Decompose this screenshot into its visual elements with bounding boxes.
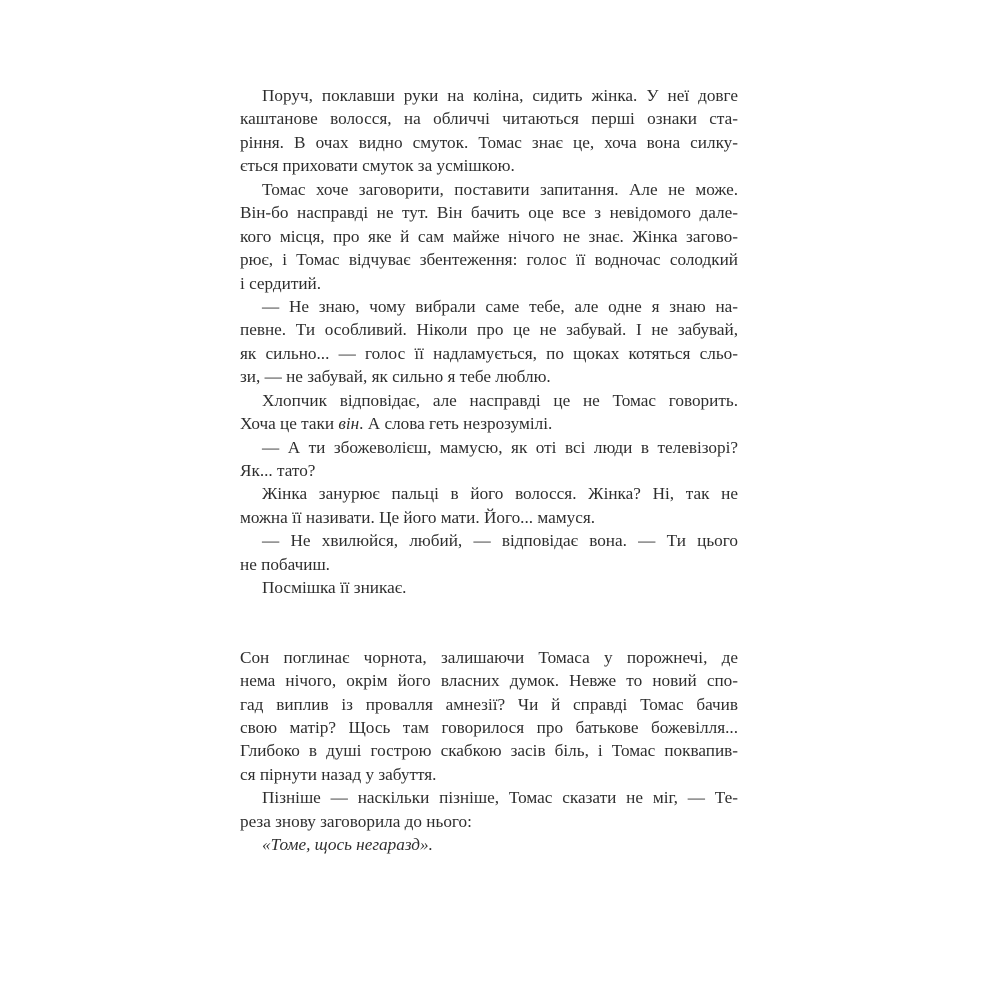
paragraph: Жінка занурює пальці в його волосся. Жін… xyxy=(240,482,738,599)
text-line: каштанове волосся, на обличчі читаються … xyxy=(240,107,738,130)
text-line: «Томе, щось негаразд». xyxy=(240,833,738,856)
text-line: і сердитий. xyxy=(240,272,738,295)
text-line: Сон поглинає чорнота, залишаючи Томаса у… xyxy=(240,646,738,669)
text-line: Посмішка її зникає. xyxy=(240,576,738,599)
text-line: ється приховати смуток за усмішкою. xyxy=(240,154,738,177)
text-line: не побачиш. xyxy=(240,553,738,576)
paragraph: Томас хоче заговорити, поставити запитан… xyxy=(240,178,738,295)
text-line: гад виплив із провалля амнезії? Чи й спр… xyxy=(240,693,738,716)
text-line: Поруч, поклавши руки на коліна, сидить ж… xyxy=(240,84,738,107)
text-line: ся пірнути назад у забуття. xyxy=(240,763,738,786)
text-line: — А ти збожеволієш, мамусю, як оті всі л… xyxy=(240,436,738,459)
text-line: нема нічого, окрім його власних думок. Н… xyxy=(240,669,738,692)
text-line: — Не хвилюйся, любий, — відповідає вона.… xyxy=(240,529,738,552)
section-1: Поруч, поклавши руки на коліна, сидить ж… xyxy=(240,84,738,600)
text-line: як сильно... — голос її надламується, по… xyxy=(240,342,738,365)
paragraph: Сон поглинає чорнота, залишаючи Томаса у… xyxy=(240,646,738,787)
text-line: Глибоко в душі гострою скабкою засів біл… xyxy=(240,739,738,762)
text-line: певне. Ти особливий. Ніколи про це не за… xyxy=(240,318,738,341)
text-line: Як... тато? xyxy=(240,459,738,482)
text-line: Хлопчик відповідає, але насправді це не … xyxy=(240,389,738,412)
italic-emphasis: він xyxy=(338,414,359,433)
text-line: — Не знаю, чому вибрали саме тебе, але о… xyxy=(240,295,738,318)
text-line: можна її називати. Це його мати. Його...… xyxy=(240,506,738,529)
italic-thought: «Томе, щось негаразд». xyxy=(240,833,738,856)
text-line: кого місця, про яке й сам майже нічого н… xyxy=(240,225,738,248)
text-line: зи, — не забувай, як сильно я тебе люблю… xyxy=(240,365,738,388)
text-line: Він-бо насправді не тут. Він бачить оце … xyxy=(240,201,738,224)
dialogue-paragraph: — Не знаю, чому вибрали саме тебе, але о… xyxy=(240,295,738,389)
text-fragment: . А слова геть незрозумілі. xyxy=(359,414,552,433)
text-line: Пізніше — наскільки пізніше, Томас сказа… xyxy=(240,786,738,809)
text-line: рює, і Томас відчуває збентеження: голос… xyxy=(240,248,738,271)
book-page: Поруч, поклавши руки на коліна, сидить ж… xyxy=(240,84,738,857)
section-2: Сон поглинає чорнота, залишаючи Томаса у… xyxy=(240,646,738,857)
text-line: реза знову заговорила до нього: xyxy=(240,810,738,833)
text-line: свою матір? Щось там говорилося про бать… xyxy=(240,716,738,739)
paragraph: Поруч, поклавши руки на коліна, сидить ж… xyxy=(240,84,738,178)
section-break xyxy=(240,600,738,646)
text-line: ріння. В очах видно смуток. Томас знає ц… xyxy=(240,131,738,154)
text-line: Жінка занурює пальці в його волосся. Жін… xyxy=(240,482,738,505)
paragraph: Хлопчик відповідає, але насправді це не … xyxy=(240,389,738,483)
text-line: Томас хоче заговорити, поставити запитан… xyxy=(240,178,738,201)
text-fragment: Хоча це таки xyxy=(240,414,338,433)
paragraph: Пізніше — наскільки пізніше, Томас сказа… xyxy=(240,786,738,833)
text-line: Хоча це таки він. А слова геть незрозумі… xyxy=(240,412,738,435)
